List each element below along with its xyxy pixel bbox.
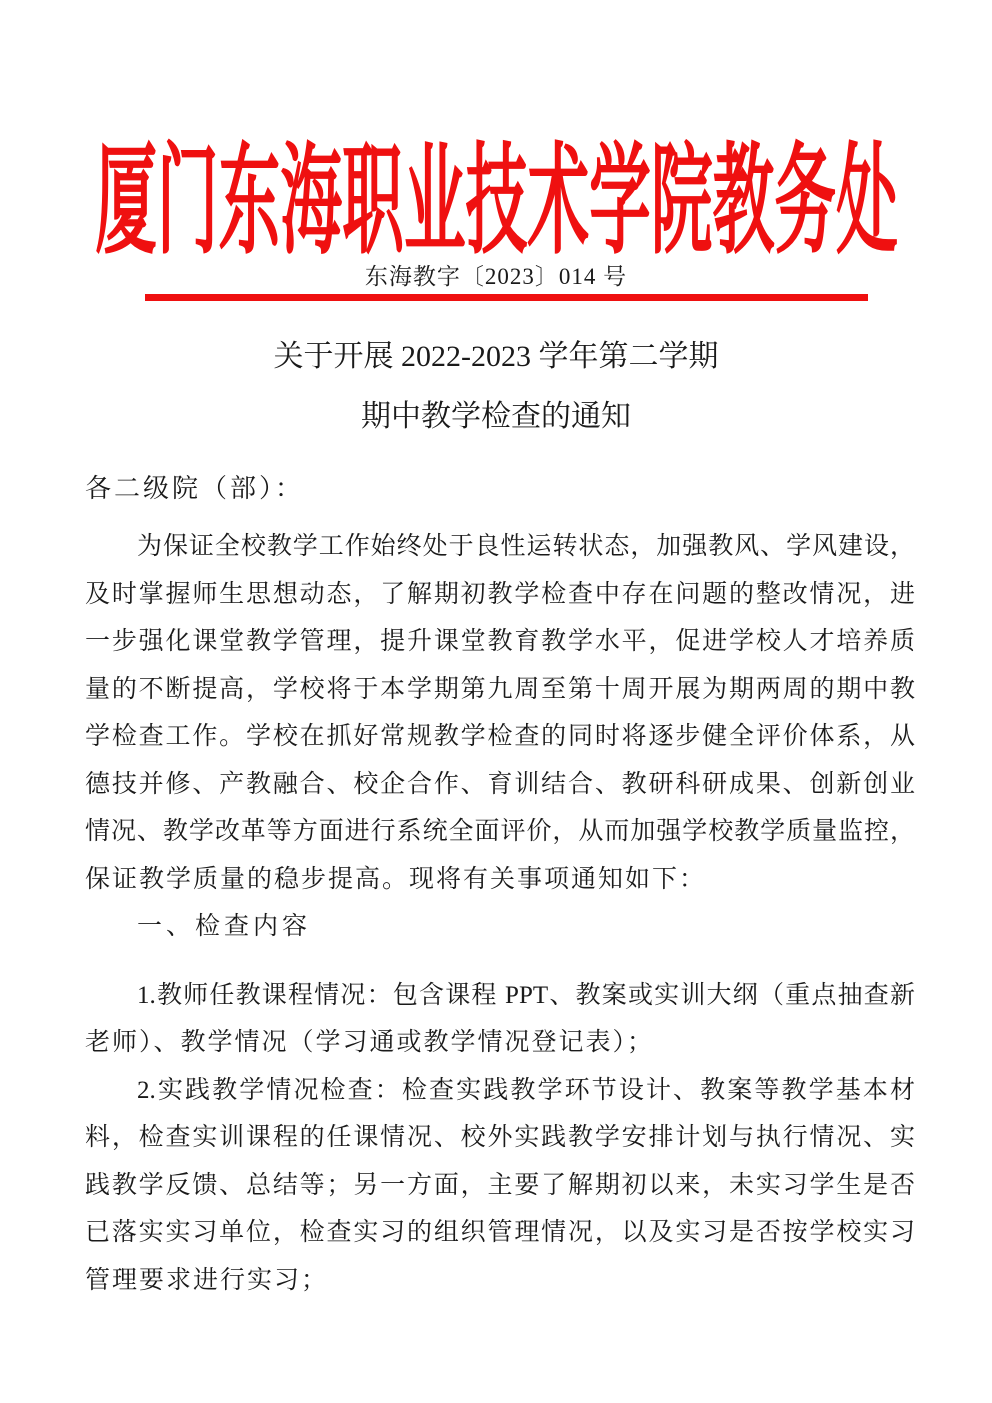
org-title: 厦门东海职业技术学院教务处 [95,105,898,278]
text-line: 一步强化课堂教学管理，提升课堂教育教学水平，促进学校人才培养质 [85,618,915,666]
text-line: 1.教师任教课程情况：包含课程 PPT、教案或实训大纲（重点抽查新 [85,972,915,1020]
doc-number: 东海教字〔2023〕014 号 [0,258,992,291]
text-line: 管理要求进行实习； [85,1257,915,1305]
section-heading-1: 一、检查内容 [85,903,915,951]
text-line: 及时掌握师生思想动态，了解期初教学检查中存在问题的整改情况，进 [85,571,915,619]
document-body: 为保证全校教学工作始终处于良性运转状态，加强教风、学风建设，及时掌握师生思想动态… [85,523,915,1304]
notice-title-line-1: 关于开展 2022-2023 学年第二学期 [0,340,992,374]
paragraph-item-1: 1.教师任教课程情况：包含课程 PPT、教案或实训大纲（重点抽查新老师）、教学情… [85,972,915,1067]
text-line: 践教学反馈、总结等；另一方面，主要了解期初以来，未实习学生是否 [85,1162,915,1210]
text-line: 学检查工作。学校在抓好常规教学检查的同时将逐步健全评价体系，从 [85,713,915,761]
red-divider-line [145,294,868,301]
text-line: 德技并修、产教融合、校企合作、育训结合、教研科研成果、创新创业 [85,761,915,809]
text-line: 已落实实习单位，检查实习的组织管理情况，以及实习是否按学校实习 [85,1209,915,1257]
notice-title-line-2: 期中教学检查的通知 [0,400,992,434]
paragraph-intro: 为保证全校教学工作始终处于良性运转状态，加强教风、学风建设，及时掌握师生思想动态… [85,523,915,903]
document-page: 厦门东海职业技术学院教务处 东海教字〔2023〕014 号 关于开展 2022-… [0,0,992,1403]
text-line: 老师）、教学情况（学习通或教学情况登记表）； [85,1019,915,1067]
text-line: 情况、教学改革等方面进行系统全面评价，从而加强学校教学质量监控， [85,808,915,856]
text-line: 料，检查实训课程的任课情况、校外实践教学安排计划与执行情况、实 [85,1114,915,1162]
paragraph-item-2: 2.实践教学情况检查：检查实践教学环节设计、教案等教学基本材料，检查实训课程的任… [85,1067,915,1305]
document-header: 厦门东海职业技术学院教务处 [0,128,992,254]
text-line: 保证教学质量的稳步提高。现将有关事项通知如下： [85,856,915,904]
text-line: 为保证全校教学工作始终处于良性运转状态，加强教风、学风建设， [85,523,915,571]
text-line: 2.实践教学情况检查：检查实践教学环节设计、教案等教学基本材 [85,1067,915,1115]
text-line: 量的不断提高，学校将于本学期第九周至第十周开展为期两周的期中教 [85,666,915,714]
salutation: 各二级院（部）： [85,468,304,505]
